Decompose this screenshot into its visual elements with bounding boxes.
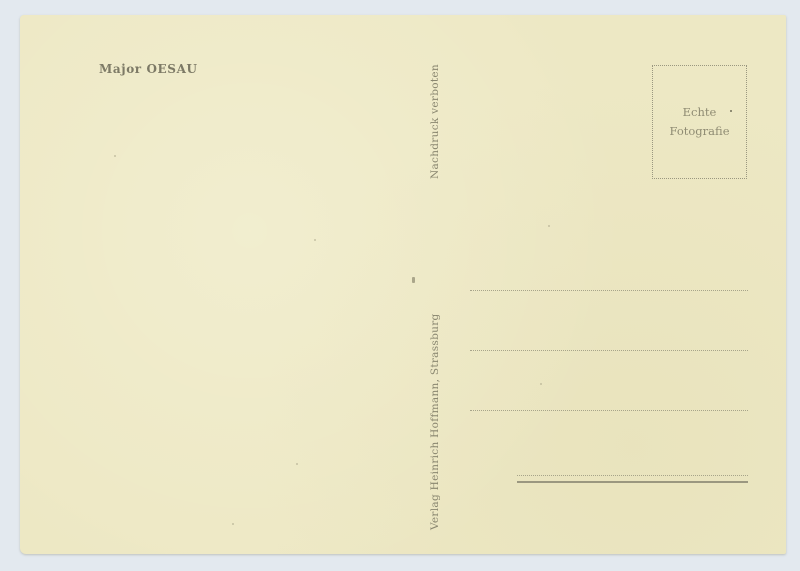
copyright-notice: Nachdruck verboten (429, 64, 441, 179)
stamp-box-line1: Echte (683, 103, 717, 122)
postcard-back: Major OESAU Nachdruck verboten Verlag He… (20, 15, 786, 554)
paper-speck (548, 225, 550, 227)
address-line-3 (470, 410, 748, 411)
paper-speck (296, 463, 298, 465)
postcard-title: Major OESAU (99, 62, 198, 76)
paper-speck (314, 239, 316, 241)
stamp-box: Echte Fotografie (652, 65, 747, 179)
address-line-1 (470, 290, 748, 291)
address-line-4 (517, 475, 748, 476)
paper-speck (114, 155, 116, 157)
divider-mark (412, 277, 415, 283)
address-line-2 (470, 350, 748, 351)
paper-speck (540, 383, 542, 385)
stamp-dot (730, 110, 732, 112)
stamp-box-line2: Fotografie (669, 122, 729, 141)
publisher-imprint: Verlag Heinrich Hoffmann, Strassburg (429, 313, 441, 530)
address-line-underline (517, 481, 748, 483)
paper-speck (232, 523, 234, 525)
